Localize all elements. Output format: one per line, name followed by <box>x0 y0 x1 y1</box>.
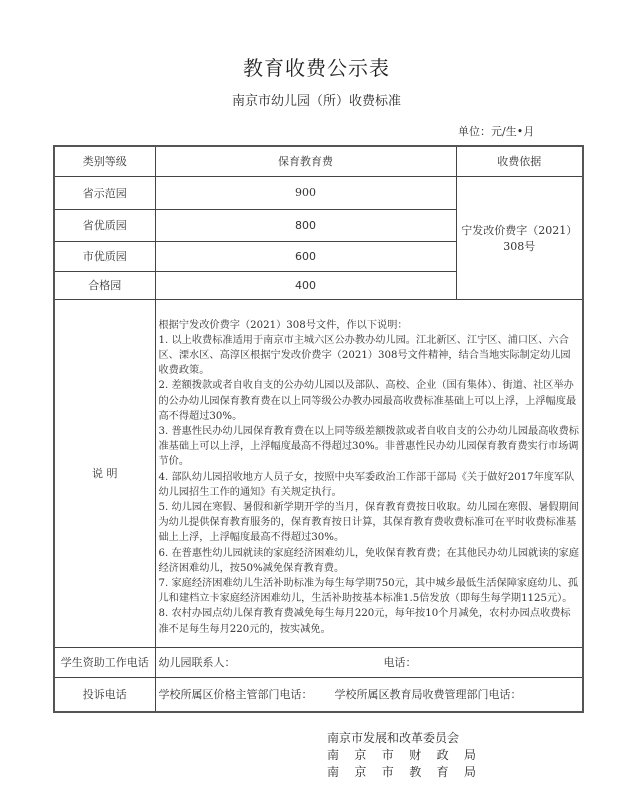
aid-phone-label: 学生资助工作电话 <box>54 647 155 677</box>
fee-table: 类别等级 保育教育费 收费依据 省示范园 900 宁发改价费字（2021） 30… <box>53 145 584 713</box>
phone-label: 电话： <box>384 656 417 669</box>
explanation-label: 说 明 <box>54 299 155 647</box>
header-fee: 保育教育费 <box>155 146 456 176</box>
explanation-item-7: 7. 家庭经济困难幼儿生活补助标准为每生每学期750元，其中城乡最低生活保障家庭… <box>159 576 581 606</box>
table-row: 省示范园 900 宁发改价费字（2021） 308号 <box>54 176 583 209</box>
explanation-item-8: 8. 农村办园点幼儿保育教育费减免每生每月220元，每年按10个月减免，农村办园… <box>159 606 581 636</box>
explanation-intro: 根据宁发改价费字（2021）308号文件，作以下说明： <box>159 318 581 333</box>
complaint-phone-row: 投诉电话 学校所属区价格主管部门电话：学校所属区教育局收费管理部门电话： <box>54 677 583 712</box>
contact-person-label: 幼儿园联系人： <box>159 656 236 669</box>
explanation-item-2: 2. 差额拨款或者自收自支的公办幼儿园以及部队、高校、企业（国有集体）、街道、社… <box>159 378 581 424</box>
unit-label: 单位：元/生•月 <box>458 123 534 139</box>
explanation-item-4: 4. 部队幼儿园招收地方人员子女，按照中央军委政治工作部干部局《关于做好2017… <box>159 470 581 500</box>
fee-cell: 400 <box>155 271 456 299</box>
category-cell: 合格园 <box>54 271 155 299</box>
explanation-row: 说 明 根据宁发改价费字（2021）308号文件，作以下说明： 1. 以上收费标… <box>54 299 583 647</box>
basis-text-line2: 308号 <box>457 238 583 254</box>
header-basis: 收费依据 <box>456 146 583 176</box>
issuer-1: 南京市发展和改革委员会 <box>327 730 491 747</box>
issuer-3: 南京市教育局 <box>327 764 491 781</box>
edu-dept-phone-label: 学校所属区教育局收费管理部门电话： <box>335 688 522 701</box>
basis-text-line1: 宁发改价费字（2021） <box>457 222 583 238</box>
aid-phone-row: 学生资助工作电话 幼儿园联系人：电话： <box>54 647 583 677</box>
fee-cell: 800 <box>155 209 456 241</box>
basis-cell: 宁发改价费字（2021） 308号 <box>456 176 583 299</box>
aid-phone-cell: 幼儿园联系人：电话： <box>155 647 583 677</box>
price-dept-phone-label: 学校所属区价格主管部门电话： <box>159 688 313 701</box>
explanation-item-1: 1. 以上收费标准适用于南京市主城六区公办教办幼儿园。江北新区、江宁区、浦口区、… <box>159 333 581 379</box>
issuer-2: 南京市财政局 <box>327 747 491 764</box>
fee-cell: 900 <box>155 176 456 209</box>
fee-cell: 600 <box>155 241 456 271</box>
header-category: 类别等级 <box>54 146 155 176</box>
category-cell: 市优质园 <box>54 241 155 271</box>
complaint-phone-label: 投诉电话 <box>54 677 155 712</box>
complaint-phone-cell: 学校所属区价格主管部门电话：学校所属区教育局收费管理部门电话： <box>155 677 583 712</box>
explanation-item-5: 5. 幼儿园在寒假、暑假和新学期开学的当月，保育教育费按日收取。幼儿园在寒假、暑… <box>159 500 581 546</box>
document-subtitle: 南京市幼儿园（所）收费标准 <box>0 90 633 109</box>
category-cell: 省示范园 <box>54 176 155 209</box>
category-cell: 省优质园 <box>54 209 155 241</box>
table-header-row: 类别等级 保育教育费 收费依据 <box>54 146 583 176</box>
document-title: 教育收费公示表 <box>0 52 633 81</box>
explanation-item-3: 3. 普惠性民办幼儿园保育教育费在以上同等级差额拨款或者自收自支的公办幼儿园最高… <box>159 424 581 470</box>
explanation-text: 根据宁发改价费字（2021）308号文件，作以下说明： 1. 以上收费标准适用于… <box>155 299 583 647</box>
explanation-item-6: 6. 在普惠性幼儿园就读的家庭经济困难幼儿，免收保育教育费；在其他民办幼儿园就读… <box>159 546 581 576</box>
issuer-block: 南京市发展和改革委员会 南京市财政局 南京市教育局 <box>327 730 491 781</box>
